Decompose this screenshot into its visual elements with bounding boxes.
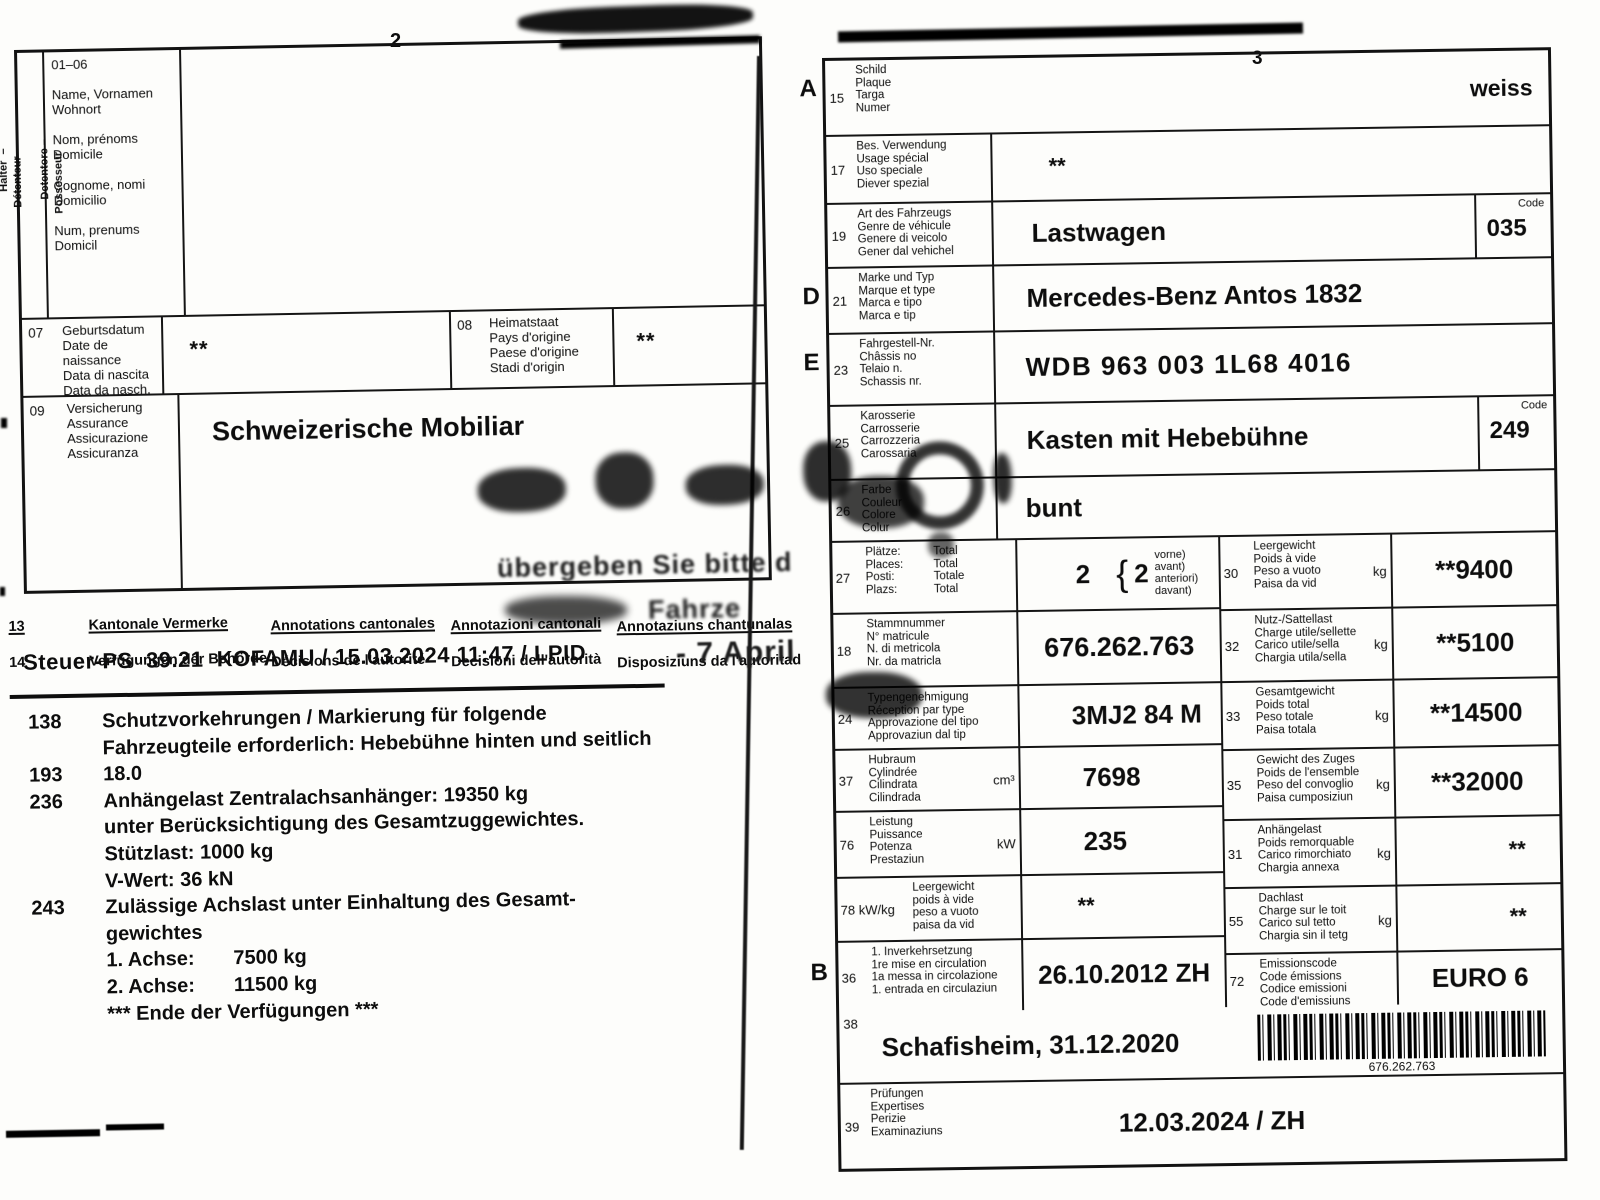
ink-mark-type-approval: [826, 672, 922, 718]
field-number-21: 21: [828, 269, 857, 333]
stamp-text-line2: Fahrze: [648, 593, 742, 626]
field-value-25: Kasten mit Hebebühne: [994, 397, 1478, 476]
field-label-30-text: Leergewicht Poids à vide Peso a vuoto Pa…: [1253, 540, 1321, 591]
scan-artifact-top-streak: [838, 23, 1303, 43]
field-value-27: 2 { 2 vorne) avant) anteriori) davant): [1015, 537, 1219, 610]
row-trailer-load: 31 Anhängelast Poids remorquable Carico …: [1224, 816, 1560, 889]
field-number-19: 19: [827, 205, 856, 267]
vehicle-data-table: A 15 Schild Plaque Targa Numer weiss 17 …: [822, 47, 1567, 1172]
field-label-30: Leergewicht Poids à vide Peso a vuoto Pa…: [1250, 535, 1391, 609]
seats-front-note: vorne) avant) anteriori) davant): [1154, 548, 1198, 597]
field-number-09: 09: [23, 397, 63, 591]
scan-artifact-top-blob: [518, 2, 754, 36]
field-label-33-text: Gesamtgewicht Poids total Peso totale Pa…: [1255, 685, 1334, 736]
code-value-25: 249: [1489, 417, 1529, 446]
row-payload: 32 Nutz-/Sattellast Charge utile/sellett…: [1221, 606, 1557, 683]
decree-number: 138: [16, 708, 103, 763]
field-number-38: 38: [839, 1012, 868, 1082]
seats-front: 2: [1134, 558, 1149, 589]
stamp-text-line1: übergeben Sie bitte d: [497, 547, 793, 584]
field-label-33: Gesamtgewicht Poids total Peso totale Pa…: [1252, 681, 1393, 749]
code-box-25: Code 249: [1477, 396, 1554, 469]
row-inspections: 39 Prüfungen Expertises Perizie Examinaz…: [840, 1074, 1564, 1169]
row-special-use: 17 Bes. Verwendung Usage spécial Uso spe…: [826, 126, 1550, 205]
section-letter-B: B: [810, 959, 828, 987]
barcode: [1257, 1010, 1546, 1060]
field-label-35: Gewicht des Zuges Poids de l'ensemble Pe…: [1253, 749, 1394, 819]
field-label-27-words: Plätze: Places: Posti: Plazs:: [865, 545, 934, 610]
decree-number: 193: [17, 762, 103, 790]
row-total-weight: 33 Gesamtgewicht Poids total Peso totale…: [1222, 678, 1558, 751]
field-number-15: 15: [825, 61, 854, 135]
field-label-31-text: Anhängelast Poids remorquable Carico rim…: [1257, 824, 1354, 875]
cantonal-header-de-line1: Kantonale Vermerke: [88, 615, 228, 633]
holder-vertical-text: Halter – Détenteur Detentore – Possesseu…: [0, 139, 81, 232]
field-number-33: 33: [1222, 683, 1253, 749]
decree-text: Zulässige Achslast unter Einhaltung des …: [105, 884, 681, 1027]
unit-kg: kg: [1377, 846, 1391, 860]
field-label-72: Emissionscode Code émissions Codice emis…: [1256, 953, 1397, 1007]
field-number-27: 27: [832, 542, 863, 612]
section-divider-line: [10, 684, 665, 699]
technical-data-section: 27 Plätze: Places: Posti: Plazs: Total T…: [832, 532, 1562, 1013]
field-label-36: 1. Inverkehrsetzung 1re mise en circulat…: [868, 940, 1022, 1012]
row-plate: A 15 Schild Plaque Targa Numer weiss: [825, 50, 1549, 137]
unit-kg: kg: [1374, 638, 1388, 652]
field-label-32-text: Nutz-/Sattellast Charge utile/sellette C…: [1254, 613, 1356, 664]
field-value-26: bunt: [995, 470, 1555, 538]
decree-entry: 243 Zulässige Achslast unter Einhaltung …: [19, 884, 681, 1028]
scanned-vehicle-registration-document: 2 3 Halter – Détenteur Detentore – Posse…: [0, 0, 1600, 1200]
field-value-76: 235: [1019, 807, 1223, 874]
seats-total: 2: [1075, 559, 1090, 590]
ink-mark-small: [928, 532, 954, 558]
code-label-19: Code: [1518, 197, 1544, 209]
technical-right-column: 30 Leergewicht Poids à vide Peso a vuoto…: [1220, 532, 1562, 1007]
holder-vertical-line1: Halter – Détenteur: [0, 149, 24, 215]
field-number-55: 55: [1225, 889, 1256, 953]
field-label-78: Leergewicht poids à vide peso a vuoto pa…: [909, 876, 1021, 940]
field-value-18: 676.262.763: [1016, 609, 1220, 684]
ink-mark-color-label: [838, 476, 924, 528]
field-value-08: **: [614, 306, 765, 385]
decree-entry: 236 Anhängelast Zentralachsanhänger: 193…: [17, 778, 679, 896]
field-number-08: 08: [451, 311, 483, 388]
section-letter-D: D: [802, 283, 820, 311]
field-value-78: **: [1020, 873, 1224, 938]
code-label-25: Code: [1521, 399, 1547, 411]
field-value-55: **: [1395, 884, 1561, 950]
field-label-39: Prüfungen Expertises Perizie Examinaziun…: [868, 1082, 1019, 1168]
decree-text: Anhängelast Zentralachsanhänger: 19350 k…: [103, 778, 679, 894]
field-number-31: 31: [1224, 821, 1255, 887]
field-number-35: 35: [1223, 751, 1254, 819]
field-label-32: Nutz-/Sattellast Charge utile/sellette C…: [1251, 609, 1392, 681]
field-label-37-text: Hubraum Cylindrée Cilindrata Cilindrada: [868, 754, 921, 805]
authority-decrees-list: 138 Schutzvorkehrungen / Markierung für …: [16, 698, 681, 1029]
scan-artifact-margin-dot2: [0, 587, 5, 596]
row-empty-weight: 30 Leergewicht Poids à vide Peso a vuoto…: [1220, 532, 1556, 611]
unit-kg: kg: [1376, 777, 1390, 791]
row-make-type: D 21 Marke und Typ Marque et type Marca …: [828, 258, 1552, 335]
row-power: 76 Leistung Puissance Potenza Prestaziun…: [836, 807, 1223, 879]
brace-glyph: {: [1116, 553, 1129, 595]
scan-artifact-bottom-dash2: [106, 1123, 164, 1130]
row-vehicle-type: 19 Art des Fahrzeugs Genre de véhicule G…: [827, 194, 1551, 269]
holder-vertical-line2: Detentore – Possesseur: [38, 139, 65, 217]
field-value-21: Mercedes-Benz Antos 1832: [992, 258, 1552, 330]
field-label-76: Leistung Puissance Potenza PrestaziunkW: [866, 810, 1020, 876]
unit-kg: kg: [1375, 708, 1389, 722]
row-train-weight: 35 Gewicht des Zuges Poids de l'ensemble…: [1223, 746, 1559, 821]
field-value-38: Schafisheim, 31.12.2020: [867, 1007, 1258, 1083]
field-value-35: **32000: [1393, 746, 1559, 816]
row-emission-code: 72 Emissionscode Code émissions Codice e…: [1226, 950, 1562, 1007]
section-letter-E: E: [803, 349, 819, 377]
field-number-32: 32: [1221, 611, 1252, 681]
field-label-23: Fahrgestell-Nr. Châssis no Telaio n. Sch…: [857, 332, 994, 404]
field-number-39: 39: [840, 1084, 869, 1168]
decree-number: 243: [19, 895, 107, 1029]
stamp-date: - 7 April: [676, 635, 796, 671]
unit-cm3: cm³: [993, 773, 1015, 788]
section-letter-A: A: [799, 75, 817, 103]
unit-kw: kW: [997, 837, 1016, 852]
field-value-72: EURO 6: [1396, 950, 1562, 1004]
field-number-37: 37: [835, 750, 866, 810]
field-value-19: Lastwagen: [991, 195, 1475, 264]
field-number-17: 17: [826, 137, 855, 203]
row-issue-place-date: 38 Schafisheim, 31.12.2020 676.262.763: [839, 1002, 1563, 1085]
field-value-31: **: [1394, 816, 1560, 884]
field-label-17: Bes. Verwendung Usage spécial Uso specia…: [854, 135, 991, 203]
cantonal-header-fr-line1: Annotations cantonales: [270, 616, 435, 635]
row-power-weight-ratio: 78 kW/kg Leergewicht poids à vide peso a…: [837, 873, 1224, 943]
code-value-19: 035: [1486, 215, 1526, 244]
field-label-08: Heimatstaat Pays d'origine Paese d'origi…: [482, 309, 615, 387]
field-value-17: **: [990, 126, 1550, 200]
code-box-19: Code 035: [1474, 194, 1551, 257]
field-number-78: 78 kW/kg: [837, 878, 910, 941]
field-number-23: 23: [829, 335, 858, 405]
stamp-blob: [993, 453, 1013, 504]
row-first-registration: B 36 1. Inverkehrsetzung 1re mise en cir…: [838, 937, 1225, 1013]
field-number-36: 36: [838, 942, 869, 1012]
stamp-blob: [477, 466, 566, 513]
field-value-01-06: [181, 39, 764, 315]
field-value-24: 3MJ2 84 M: [1017, 683, 1221, 746]
row-birthdate-origin: 07 Geburtsdatum Date de naissance Data d…: [22, 306, 765, 398]
field-label-09: Versicherung Assurance Assicurazione Ass…: [59, 395, 183, 590]
field-label-76-text: Leistung Puissance Potenza Prestaziun: [869, 816, 924, 867]
field-label-21: Marke und Typ Marque et type Marca e tip…: [856, 266, 993, 332]
unit-kg: kg: [1373, 565, 1387, 579]
field-number-30: 30: [1220, 537, 1251, 609]
field-value-36: 26.10.2012 ZH: [1021, 937, 1225, 1010]
row-holder-01-06: Halter – Détenteur Detentore – Possesseu…: [17, 39, 764, 320]
field-value-32: **5100: [1391, 606, 1557, 678]
field-number-07: 07: [22, 319, 56, 396]
cantonal-number-13: 13: [8, 619, 24, 635]
field-value-37: 7698: [1018, 745, 1222, 808]
scan-artifact-bottom-dash1: [6, 1129, 100, 1138]
field-value-15: weiss: [989, 50, 1549, 132]
field-label-07: Geburtsdatum Date de naissance Data di n…: [55, 317, 164, 395]
field-label-31: Anhängelast Poids remorquable Carico rim…: [1254, 819, 1395, 887]
row-seats: 27 Plätze: Places: Posti: Plazs: Total T…: [832, 537, 1219, 615]
field-label-55-text: Dachlast Charge sur le toit Carico sul t…: [1258, 892, 1348, 943]
row-displacement: 37 Hubraum Cylindrée Cilindrata Cilindra…: [835, 745, 1222, 813]
field-value-23: WDB 963 003 1L68 4016: [993, 324, 1553, 402]
scan-artifact-margin-dot1: [1, 418, 7, 428]
field-label-19: Art des Fahrzeugs Genre de véhicule Gene…: [855, 203, 992, 267]
unit-kg: kg: [1378, 914, 1392, 928]
field-value-07: **: [163, 312, 452, 393]
field-number-76: 76: [836, 812, 867, 876]
barcode-number: 676.262.763: [1258, 1057, 1546, 1075]
decree-number: 236: [17, 788, 105, 896]
field-label-55: Dachlast Charge sur le toit Carico sul t…: [1255, 887, 1396, 953]
row-chassis-number: E 23 Fahrgestell-Nr. Châssis no Telaio n…: [829, 324, 1553, 407]
field-value-39: 12.03.2024 / ZH: [1018, 1074, 1564, 1166]
row-roof-load: 55 Dachlast Charge sur le toit Carico su…: [1225, 884, 1561, 955]
field-value-30: **9400: [1390, 532, 1556, 606]
barcode-block: 676.262.763: [1257, 1002, 1563, 1077]
field-number-72: 72: [1226, 955, 1257, 1007]
field-label-15: Schild Plaque Targa Numer: [853, 59, 990, 135]
stamp-text-smudge: [505, 596, 627, 624]
field-label-35-text: Gewicht des Zuges Poids de l'ensemble Pe…: [1256, 753, 1359, 804]
field-label-37: Hubraum Cylindrée Cilindrata Cilindradac…: [865, 748, 1019, 810]
technical-left-column: 27 Plätze: Places: Posti: Plazs: Total T…: [832, 537, 1227, 1013]
stamp-blob: [595, 451, 655, 509]
field-value-33: **14500: [1392, 678, 1558, 746]
stamp-blob: [685, 464, 764, 507]
